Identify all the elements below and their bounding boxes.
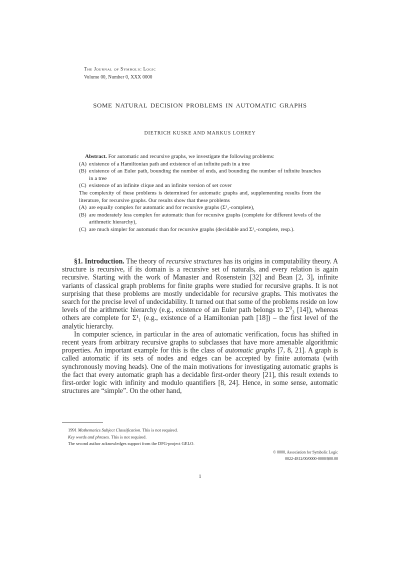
item-tag: (B): [79, 168, 89, 183]
paper-authors: DIETRICH KUSKE AND MARKUS LOHREY: [20, 131, 380, 137]
item-tag: (C): [79, 182, 89, 189]
abstract-problem-item-c: (C) existence of an infinite clique and …: [79, 182, 321, 189]
abstract-problem-item-b: (B) existence of an Euler path, bounding…: [79, 168, 321, 183]
intro-paragraph-2: In computer science, in particular in th…: [62, 331, 338, 396]
abstract-section: Abstract. For automatic and recursive gr…: [79, 153, 321, 233]
journal-name: The Journal of Symbolic Logic: [84, 66, 156, 74]
intro-paragraph-1: §1. Introduction. The theory of recursiv…: [62, 258, 338, 331]
abstract-result-item-c: (C) are much simpler for automatic than …: [79, 226, 321, 233]
paper-page: The Journal of Symbolic Logic Volume 00,…: [0, 0, 400, 566]
page-number: 1: [20, 474, 380, 480]
item-tag: (A): [79, 160, 89, 167]
page-content: The Journal of Symbolic Logic Volume 00,…: [0, 0, 400, 566]
journal-volume-line: Volume 00, Number 0, XXX 0000: [84, 74, 156, 82]
paragraph-1-text: The theory of recursive structures has i…: [62, 258, 338, 330]
introduction-section: §1. Introduction. The theory of recursiv…: [62, 258, 338, 396]
abstract-lead: Abstract. For automatic and recursive gr…: [79, 153, 321, 160]
item-tag: (C): [79, 226, 89, 233]
footnote-acknowledgement: The second author acknowledges support f…: [62, 441, 338, 448]
footnote-rule: [62, 423, 103, 424]
footnote-msc: 1991 Mathematics Subject Classification.…: [62, 427, 338, 434]
item-text: are equally complex for automatic and fo…: [89, 204, 321, 211]
item-text: are moderately less complex for automati…: [89, 211, 321, 226]
item-text: are much simpler for automatic than for …: [89, 226, 321, 233]
abstract-label: Abstract.: [85, 154, 107, 160]
abstract-result-item-a: (A) are equally complex for automatic an…: [79, 204, 321, 211]
item-text: existence of a Hamiltonian path and exis…: [89, 160, 321, 167]
footnote-keywords: Key words and phrases. This is not requi…: [62, 434, 338, 441]
item-text: existence of an infinite clique and an i…: [89, 182, 321, 189]
abstract-middle: The complexity of these problems is dete…: [79, 189, 321, 204]
copyright-block: © 0000, Association for Symbolic Logic 0…: [273, 449, 338, 462]
item-tag: (A): [79, 204, 89, 211]
footnotes-block: 1991 Mathematics Subject Classification.…: [62, 427, 338, 447]
abstract-problem-item-a: (A) existence of a Hamiltonian path and …: [79, 160, 321, 167]
abstract-intro: For automatic and recursive graphs, we i…: [108, 154, 274, 160]
section-heading: §1. Introduction.: [74, 258, 124, 266]
abstract-result-item-b: (B) are moderately less complex for auto…: [79, 211, 321, 226]
item-text: existence of an Euler path, bounding the…: [89, 168, 321, 183]
paper-title: SOME NATURAL DECISION PROBLEMS IN AUTOMA…: [20, 102, 380, 110]
issn-line: 0022-4812/00/0000-0000/$00.00: [273, 456, 338, 463]
item-tag: (B): [79, 211, 89, 226]
journal-running-head: The Journal of Symbolic Logic Volume 00,…: [84, 66, 156, 82]
